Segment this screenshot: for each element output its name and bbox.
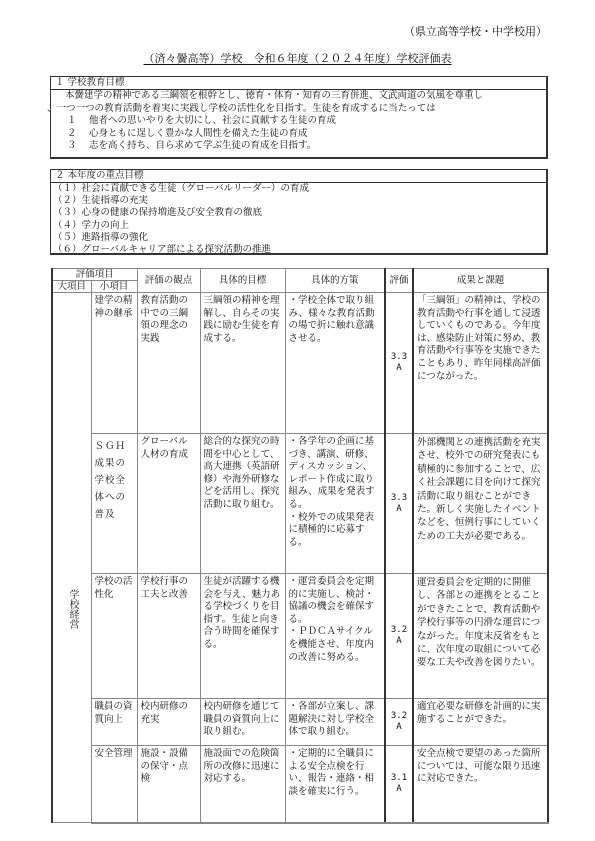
- section1-line: 、一つ一つの教育活動を着実に実践し学校の活性化を目指す。生徒を育成するに当たって…: [47, 103, 546, 116]
- page-title: （済々黌高等）学校 令和６年度（２０２４年度）学校評価表: [0, 50, 595, 66]
- score-cell: 3.3A: [385, 293, 413, 434]
- measure: ・定期的に全職員による安全点検を行い、報告・連絡・相談を確実に行う。: [285, 746, 385, 823]
- priority-goal-item: （３）心身の健康の保持増進及び安全教育の徹底: [51, 207, 546, 219]
- goal: 生徒が活躍する機会を与え、魅力ある学校づくりを目指す。生徒と向き合う時間を確保す…: [200, 574, 285, 699]
- score-value: 3.1: [386, 773, 412, 784]
- header-eval-item: 評価項目: [52, 269, 137, 281]
- measure: ・各学年の企画に基づき、講演、研修、ディスカッション、レポート作成に取り組み、成…: [285, 434, 385, 574]
- major-item-label: 学校経営: [65, 589, 78, 629]
- section1-item: １他者への思いやりを大切にし、社会に貢献する生徒の育成: [51, 115, 546, 128]
- minor-item: 建学の精神の継承: [91, 293, 137, 434]
- header-major: 大項目: [52, 281, 91, 293]
- table-row: 学校経営 建学の精神の継承 教育活動の中での三綱領の理念の実践 三綱領の精神を理…: [52, 293, 548, 434]
- score-cell: 3.2A: [385, 574, 413, 699]
- header-measure: 具体的方策: [285, 269, 385, 293]
- result: 運営委員会を定期的に開催し、各部との連携をとることができたことで、教育活動や学校…: [413, 574, 548, 699]
- score-value: 3.2: [386, 711, 412, 722]
- measure: ・運営委員会を定期的に実施し、検討・協議の機会を確保する。 ・ＰＤＣＡサイクルを…: [285, 574, 385, 699]
- goal: 校内研修を通じて職員の資質向上に取り組む。: [200, 699, 285, 746]
- score-value: 3.2: [386, 625, 412, 636]
- score-cell: 3.1A: [385, 746, 413, 823]
- viewpoint: グローバル人材の育成: [137, 434, 200, 574]
- table-row: 職員の資質向上 校内研修の充実 校内研修を通じて職員の資質向上に取り組む。 ・各…: [52, 699, 548, 746]
- grade-value: A: [386, 636, 412, 647]
- goal: 三綱領の精神を理解し、自らその実践に励む生徒を育成する。: [200, 293, 285, 434]
- section1-item: ２心身ともに逞しく豊かな人間性を備えた生徒の育成: [51, 128, 546, 141]
- score-cell: 3.3A: [385, 434, 413, 574]
- section1-heading: １ 学校教育目標: [51, 77, 546, 90]
- score-cell: 3.2A: [385, 699, 413, 746]
- grade-value: A: [386, 784, 412, 795]
- table-row: ＳＧＨ成果の学校全体への普及 グローバル人材の育成 総合的な探究の時間を中心とし…: [52, 434, 548, 574]
- school-education-goal-box: １ 学校教育目標 本黌建学の精神である三綱領を根幹とし、徳育・体育・知育の三育併…: [50, 76, 548, 159]
- evaluation-table: 評価項目 評価の観点 具体的目標 具体的方策 評価 成果と課題 大項目 小項目 …: [51, 268, 549, 824]
- grade-value: A: [386, 722, 412, 733]
- result: 安全点検で要望のあった箇所については、可能な限り迅速に対応できた。: [413, 746, 548, 823]
- usage-note: （県立高等学校・中学校用）: [0, 23, 547, 39]
- section1-line: 本黌建学の精神である三綱領を根幹とし、徳育・体育・知育の三育併進、文武両道の気風…: [51, 90, 546, 103]
- section2-heading: ２ 本年度の重点目標: [51, 170, 546, 183]
- measure: ・学校全体で取り組み、様々な教育活動の場で折に触れ意識させる。: [285, 293, 385, 434]
- priority-goals-box: ２ 本年度の重点目標 （１）社会に貢献できる生徒（グローバルリーダー）の育成 （…: [50, 169, 548, 255]
- priority-goal-item: （２）生徒指導の充実: [51, 195, 546, 207]
- header-score: 評価: [385, 269, 413, 293]
- priority-goal-item: （６）グローバルキャリア部による探究活動の推進: [51, 244, 546, 256]
- viewpoint: 校内研修の充実: [137, 699, 200, 746]
- minor-item: 安全管理: [91, 746, 137, 823]
- minor-item: 学校の活性化: [91, 574, 137, 699]
- result: 適宜必要な研修を計画的に実施することができた。: [413, 699, 548, 746]
- priority-goal-item: （４）学力の向上: [51, 220, 546, 232]
- header-result: 成果と課題: [413, 269, 548, 293]
- viewpoint: 学校行事の工夫と改善: [137, 574, 200, 699]
- viewpoint: 教育活動の中での三綱領の理念の実践: [137, 293, 200, 434]
- minor-item: ＳＧＨ成果の学校全体への普及: [91, 434, 137, 574]
- header-minor: 小項目: [91, 281, 137, 293]
- header-viewpoint: 評価の観点: [137, 269, 200, 293]
- priority-goal-item: （５）進路指導の強化: [51, 232, 546, 244]
- goal: 施設面での危険箇所の改修に迅速に対応する。: [200, 746, 285, 823]
- grade-value: A: [386, 504, 412, 515]
- grade-value: A: [386, 363, 412, 374]
- viewpoint: 施設・設備の保守・点検: [137, 746, 200, 823]
- result: 「三綱領」の精神は、学校の教育活動や行事を通して浸透していくものである。今年度は…: [413, 293, 548, 434]
- minor-item: 職員の資質向上: [91, 699, 137, 746]
- priority-goal-item: （１）社会に貢献できる生徒（グローバルリーダー）の育成: [51, 183, 546, 195]
- table-row: 安全管理 施設・設備の保守・点検 施設面での危険箇所の改修に迅速に対応する。 ・…: [52, 746, 548, 823]
- table-row: 学校の活性化 学校行事の工夫と改善 生徒が活躍する機会を与え、魅力ある学校づくり…: [52, 574, 548, 699]
- result: 外部機関との連携活動を充実させ、校外での研究発表にも積極的に参加することで、広く…: [413, 434, 548, 574]
- measure: ・各部が立案し、課題解決に対し学校全体で取り組む。: [285, 699, 385, 746]
- score-value: 3.3: [386, 493, 412, 504]
- header-goal: 具体的目標: [200, 269, 285, 293]
- section1-item: ３志を高く持ち、自ら求めて学ぶ生徒の育成を目指す。: [51, 140, 546, 153]
- major-item-cell: 学校経営: [52, 293, 91, 823]
- score-value: 3.3: [386, 352, 412, 363]
- goal: 総合的な探究の時間を中心として、高大連携（英語研修）や海外研修などを活用し、探究…: [200, 434, 285, 574]
